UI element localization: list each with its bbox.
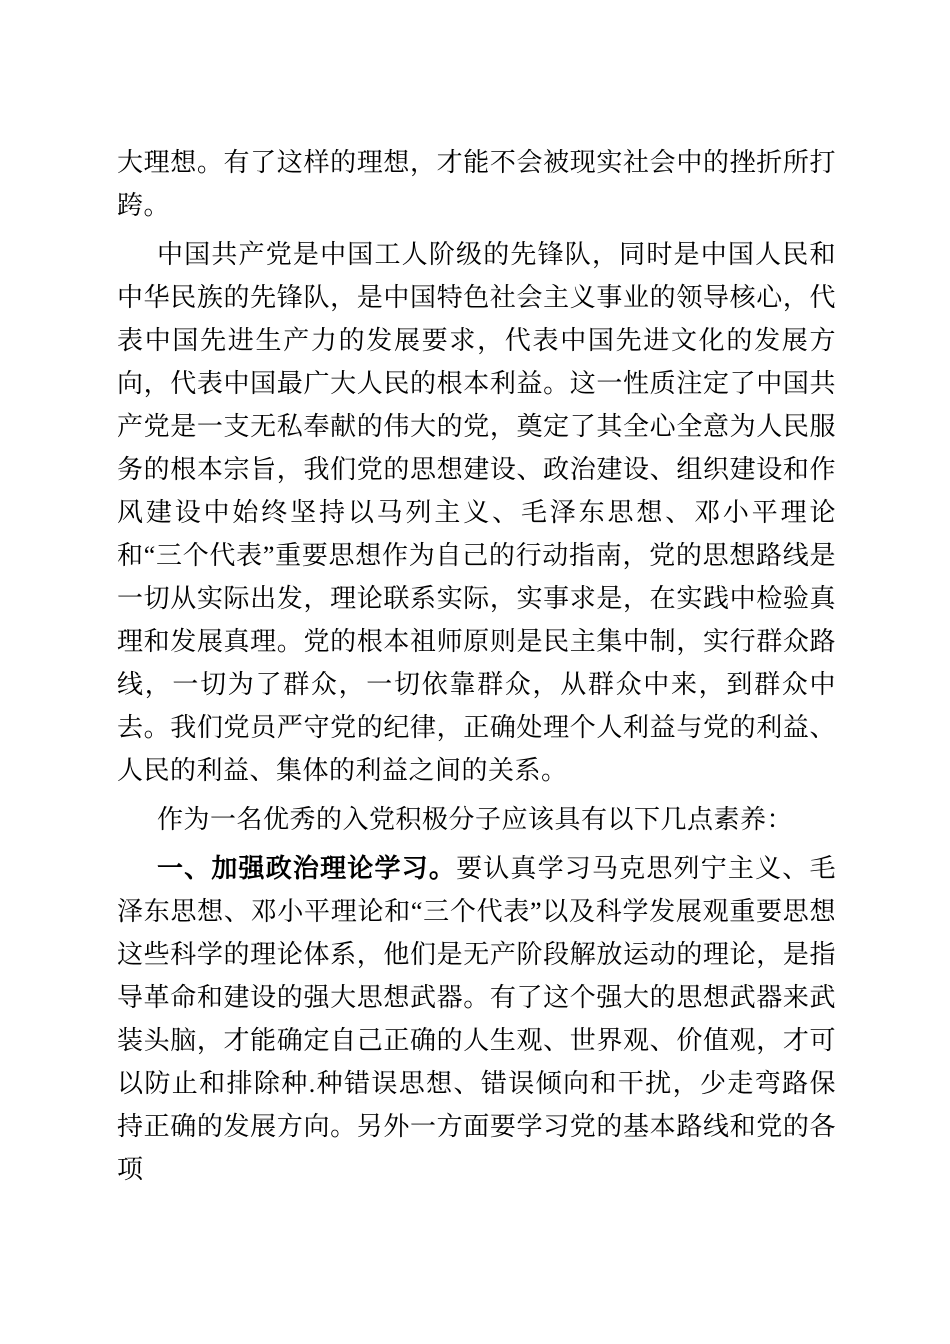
paragraph: 中国共产党是中国工人阶级的先锋队，同时是中国人民和中华民族的先锋队，是中国特色社…: [117, 233, 836, 792]
bold-text-run: 一、加强政治理论学习。: [157, 854, 456, 883]
paragraph: 一、加强政治理论学习。要认真学习马克思列宁主义、毛泽东思想、邓小平理论和“三个代…: [117, 847, 836, 1191]
document-page: 大理想。有了这样的理想，才能不会被现实社会中的挫折所打跨。中国共产党是中国工人阶…: [0, 0, 950, 1344]
text-run: 要认真学习马克思列宁主义、毛泽东思想、邓小平理论和“三个代表”以及科学发展观重要…: [117, 854, 836, 1184]
text-run: 中国共产党是中国工人阶级的先锋队，同时是中国人民和中华民族的先锋队，是中国特色社…: [117, 240, 836, 785]
paragraph: 大理想。有了这样的理想，才能不会被现实社会中的挫折所打跨。: [117, 141, 836, 227]
text-run: 作为一名优秀的入党积极分子应该具有以下几点素养：: [157, 805, 793, 834]
text-run: 大理想。有了这样的理想，才能不会被现实社会中的挫折所打跨。: [117, 148, 836, 220]
paragraph: 作为一名优秀的入党积极分子应该具有以下几点素养：: [117, 798, 836, 841]
document-body-text: 大理想。有了这样的理想，才能不会被现实社会中的挫折所打跨。中国共产党是中国工人阶…: [117, 141, 836, 1197]
